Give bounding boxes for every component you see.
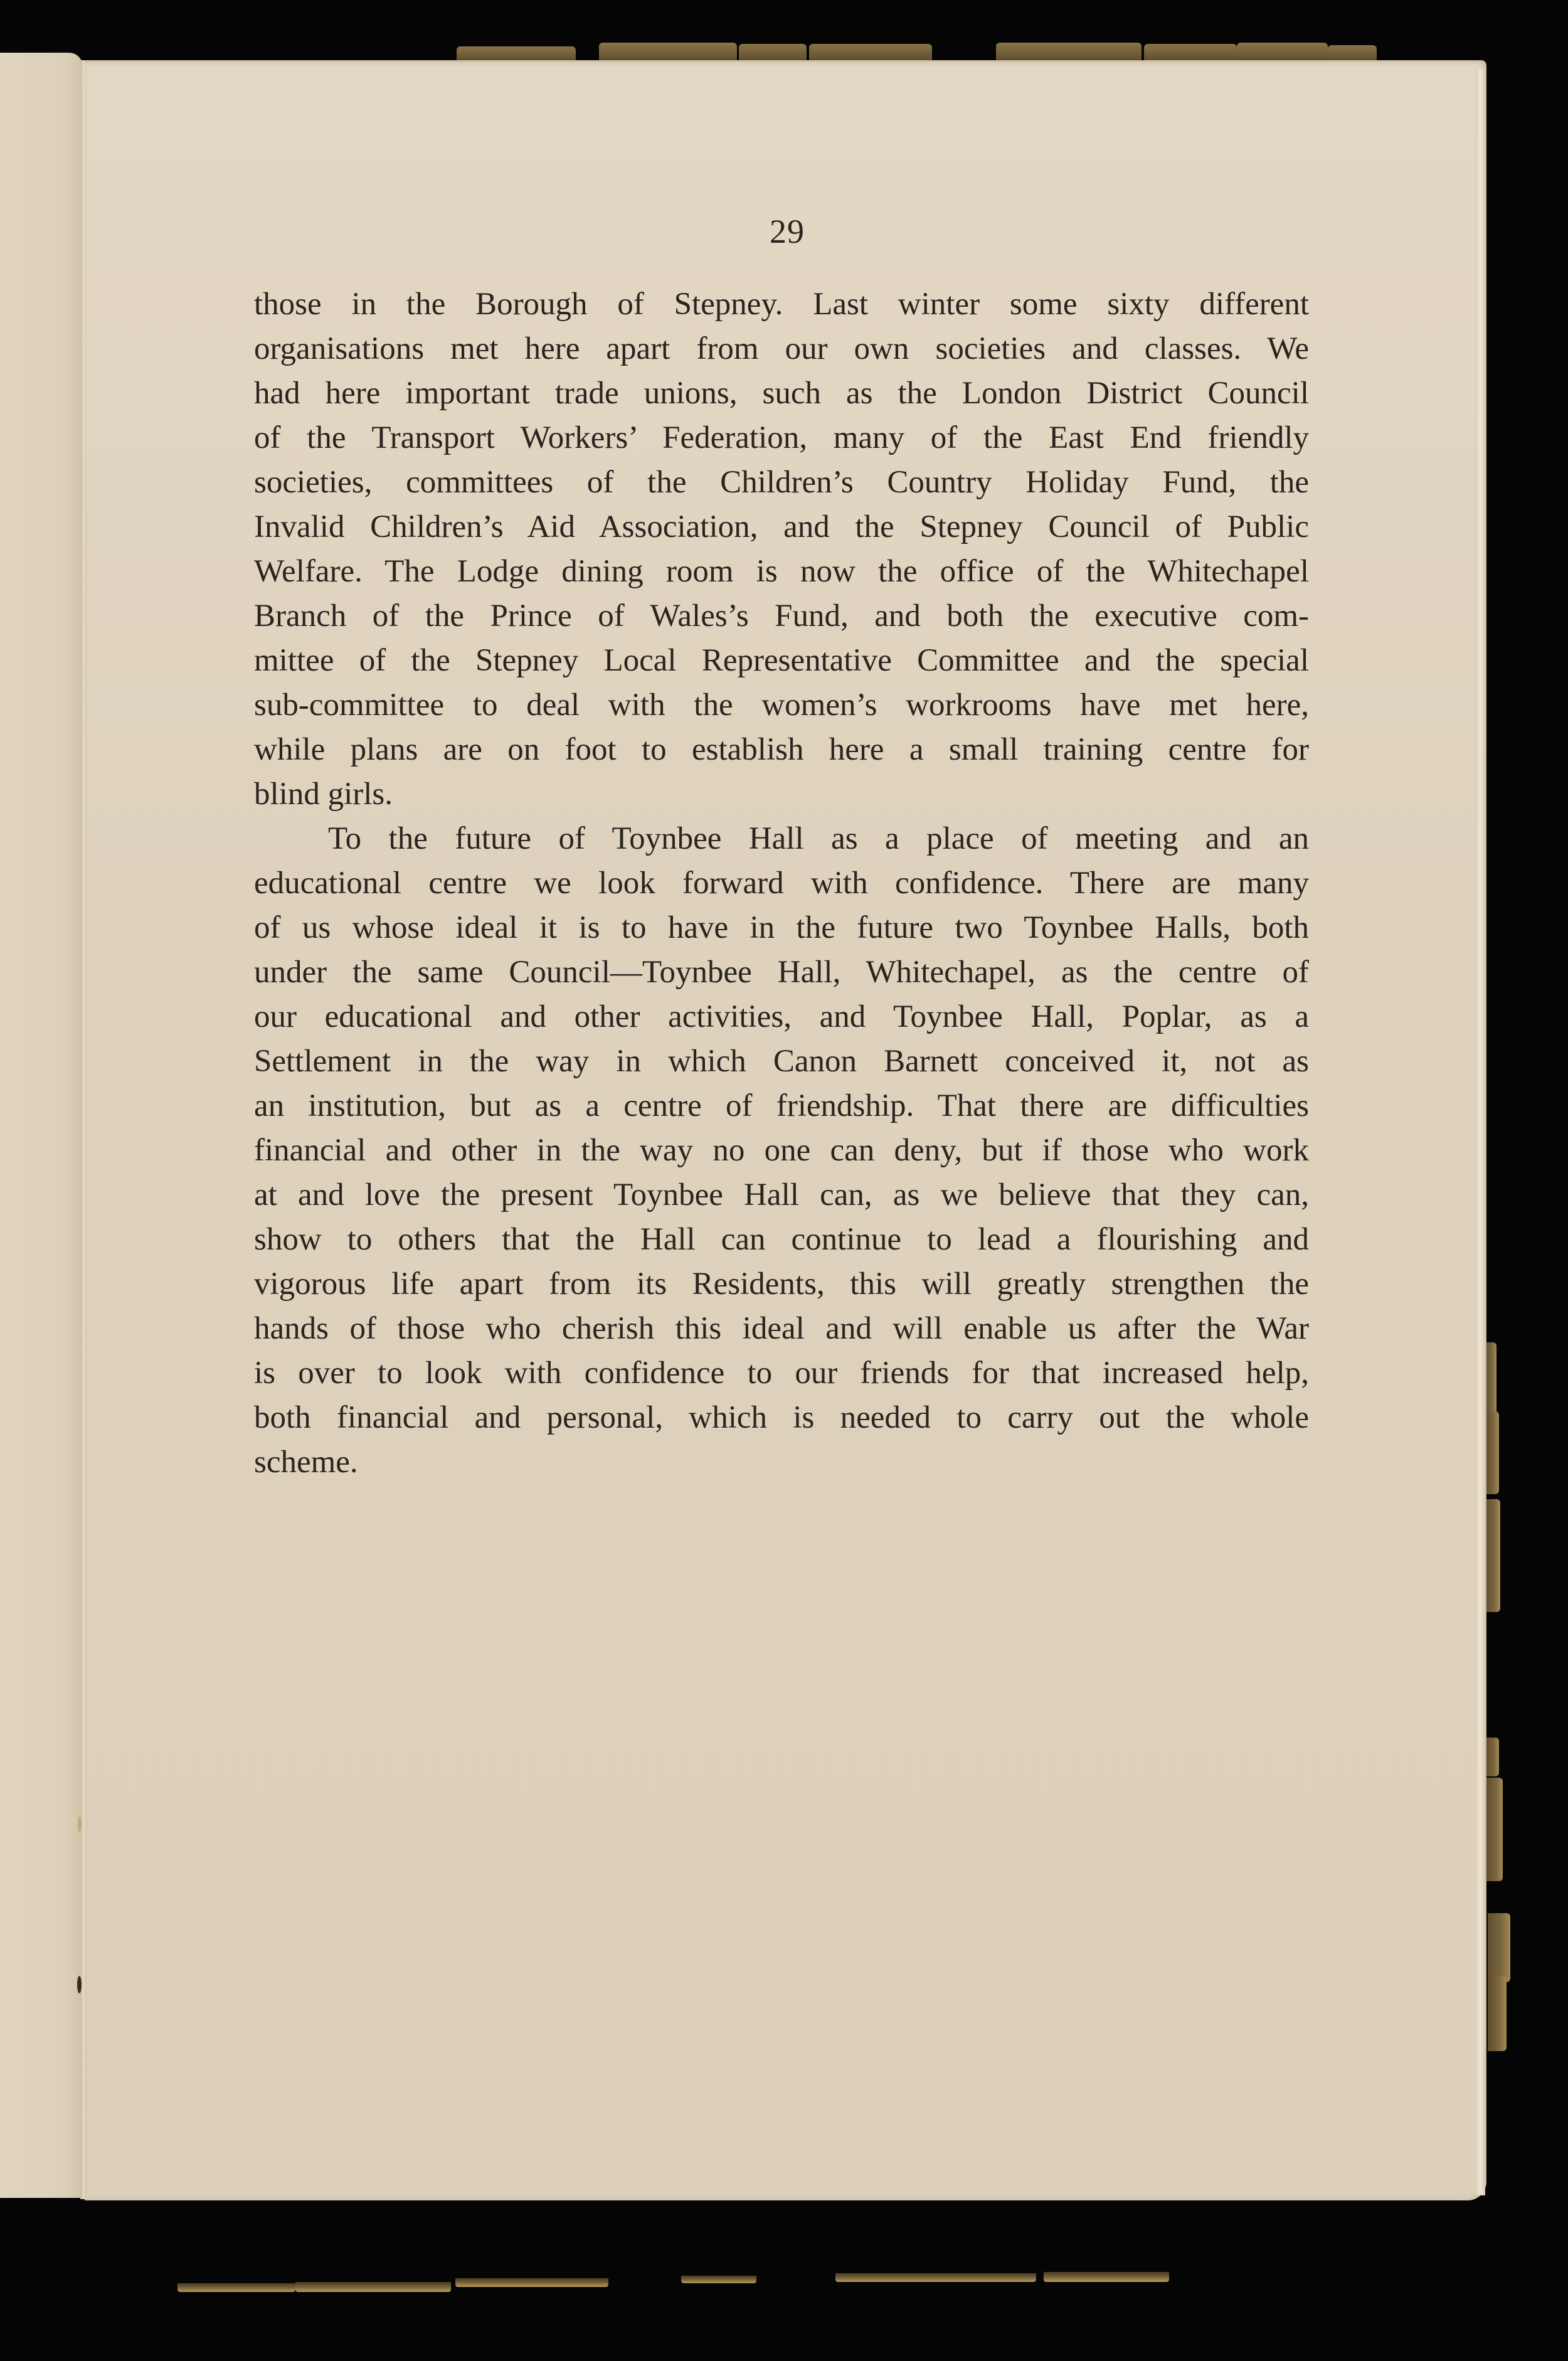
index-tab bbox=[809, 44, 932, 61]
text-line: an institution, but as a centre of frien… bbox=[254, 1084, 1309, 1128]
text-line: Invalid Children’s Aid Association, and … bbox=[254, 505, 1309, 549]
text-line: organisations met here apart from our ow… bbox=[254, 327, 1309, 371]
page-fore-edge bbox=[1475, 69, 1485, 2195]
text-line: had here important trade unions, such as… bbox=[254, 371, 1309, 416]
index-tab bbox=[455, 2278, 608, 2287]
text-line: sub-committee to deal with the women’s w… bbox=[254, 683, 1309, 728]
index-tab bbox=[1328, 45, 1377, 61]
index-tab bbox=[177, 2283, 295, 2292]
index-tab bbox=[1488, 1976, 1507, 2051]
text-line: mittee of the Stepney Local Representati… bbox=[254, 639, 1309, 683]
index-tab bbox=[996, 43, 1142, 61]
text-line: financial and other in the way no one ca… bbox=[254, 1128, 1309, 1173]
text-line: under the same Council—Toynbee Hall, Whi… bbox=[254, 950, 1309, 995]
text-line: show to others that the Hall can continu… bbox=[254, 1218, 1309, 1262]
index-tab bbox=[1486, 1738, 1499, 1776]
text-line: scheme. bbox=[254, 1440, 1309, 1485]
index-tab bbox=[1485, 1499, 1500, 1612]
paragraph: those in the Borough of Stepney. Last wi… bbox=[254, 282, 1309, 817]
text-line: while plans are on foot to establish her… bbox=[254, 728, 1309, 772]
text-line: Branch of the Prince of Wales’s Fund, an… bbox=[254, 594, 1309, 639]
text-line: vigorous life apart from its Residents, … bbox=[254, 1262, 1309, 1307]
text-line: at and love the present Toynbee Hall can… bbox=[254, 1173, 1309, 1218]
facing-page-edge bbox=[0, 53, 83, 2198]
body-text: those in the Borough of Stepney. Last wi… bbox=[254, 282, 1309, 1485]
index-tab bbox=[295, 2282, 451, 2292]
text-line: Welfare. The Lodge dining room is now th… bbox=[254, 549, 1309, 594]
index-tab bbox=[599, 43, 737, 61]
index-tab bbox=[1144, 44, 1237, 61]
page-number: 29 bbox=[762, 212, 812, 251]
text-line: educational centre we look forward with … bbox=[254, 861, 1309, 906]
index-tab bbox=[1485, 1411, 1499, 1494]
text-line: blind girls. bbox=[254, 772, 1309, 817]
paper-blemish bbox=[77, 1976, 82, 1993]
text-line: hands of those who cherish this ideal an… bbox=[254, 1307, 1309, 1351]
index-tab bbox=[1237, 43, 1328, 61]
index-tab bbox=[739, 44, 807, 61]
paper-blemish bbox=[78, 1817, 82, 1832]
index-tab bbox=[681, 2276, 756, 2283]
index-tab bbox=[1486, 1778, 1503, 1881]
text-line: Settlement in the way in which Canon Bar… bbox=[254, 1039, 1309, 1084]
text-line: our educational and other activities, an… bbox=[254, 995, 1309, 1039]
text-line: is over to look with confidence to our f… bbox=[254, 1351, 1309, 1396]
index-tab bbox=[835, 2273, 1036, 2282]
paragraph: To the future of Toynbee Hall as a place… bbox=[254, 817, 1309, 1485]
text-line: societies, committees of the Children’s … bbox=[254, 460, 1309, 505]
text-line: those in the Borough of Stepney. Last wi… bbox=[254, 282, 1309, 327]
text-line: both financial and personal, which is ne… bbox=[254, 1396, 1309, 1440]
index-tab bbox=[1488, 1913, 1510, 1982]
text-line: of the Transport Workers’ Federation, ma… bbox=[254, 416, 1309, 460]
text-line: of us whose ideal it is to have in the f… bbox=[254, 906, 1309, 950]
index-tab bbox=[1044, 2272, 1169, 2282]
index-tab bbox=[457, 46, 576, 61]
text-line: To the future of Toynbee Hall as a place… bbox=[254, 817, 1309, 861]
